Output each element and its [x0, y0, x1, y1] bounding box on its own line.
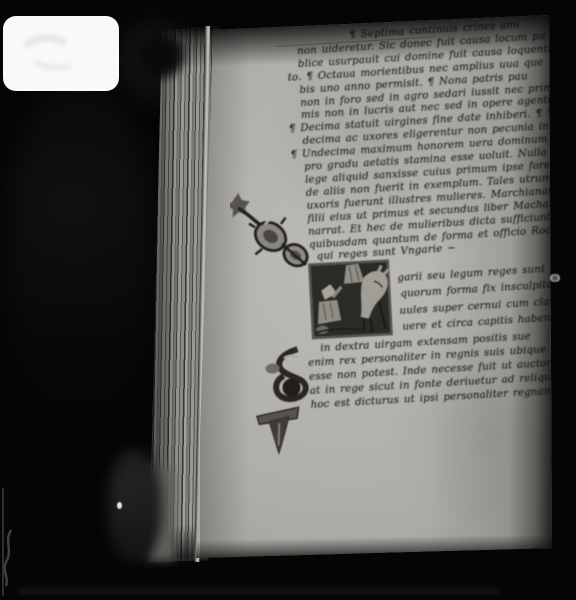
film-frame-mark	[1, 526, 23, 590]
lower-flourish	[254, 349, 309, 454]
label-faint-smudges	[3, 16, 119, 91]
page-shadow-right	[430, 0, 576, 600]
photograph: ¶ Septima continuis crines ami non uider…	[0, 0, 576, 600]
white-speck	[117, 502, 122, 509]
finger-tip-silhouette	[138, 34, 184, 78]
illumination-decorations	[230, 180, 410, 460]
blank-label	[3, 16, 119, 91]
hand-silhouette-lower	[6, 84, 156, 424]
upper-flourish	[230, 189, 312, 273]
page-shadow-bottom	[140, 525, 576, 579]
miniature	[308, 259, 393, 339]
bottom-faint-band	[18, 588, 500, 594]
right-edge-mark	[550, 274, 560, 282]
